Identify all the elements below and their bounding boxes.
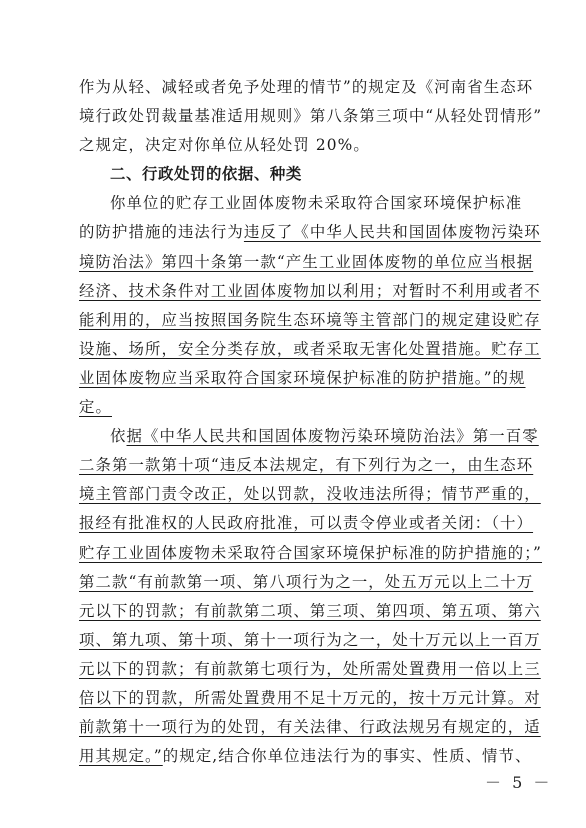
underlined-citation: 用其规定。” xyxy=(79,747,163,765)
underlined-citation: 二条第一款第十项“违反本法规定，有下列行为之一，由生态环 xyxy=(79,456,533,474)
underlined-citation: 据《中华人民共和国固体废物污染环境防治法》第一百零 xyxy=(127,427,539,445)
paragraph-line: 报经有批准权的人民政府批准，可以责令停业或者关闭：（十） xyxy=(79,509,513,538)
underlined-citation: 经济、技术条件对工业固体废物加以利用；对暂时不利用或者不 xyxy=(79,282,541,300)
paragraph-line: 之规定，决定对你单位从轻处罚 20%。 xyxy=(79,131,513,160)
underlined-citation: 前款第十一项行为的处罚，有关法律、行政法规另有规定的，适 xyxy=(79,718,541,736)
paragraph-line: 用其规定。”的规定,结合你单位违法行为的事实、性质、情节、 xyxy=(79,742,513,771)
paragraph-line: 依据《中华人民共和国固体废物污染环境防治法》第一百零 xyxy=(79,422,513,451)
underlined-citation: 贮存工业固体废物未采取符合国家环境保护标准的防护措施的；” xyxy=(79,544,542,562)
section-heading: 二、行政处罚的依据、种类 xyxy=(79,160,513,189)
underlined-citation: 能利用的，应当按照国务院生态环境等主管部门的规定建设贮存 xyxy=(79,311,541,329)
paragraph-line: 业固体废物应当采取符合国家环境保护标准的防护措施。”的规 xyxy=(79,364,513,393)
underlined-citation: 报经有批准权的人民政府批准，可以责令停业或者关闭：（十） xyxy=(79,514,533,532)
paragraph-line: 前款第十一项行为的处罚，有关法律、行政法规另有规定的，适 xyxy=(79,713,513,742)
paragraph-line: 元以下的罚款；有前款第七项行为，处所需处置费用一倍以上三 xyxy=(79,655,513,684)
underlined-citation: 设施、场所，安全分类存放，或者采取无害化处置措施。贮存工 xyxy=(79,340,541,358)
paragraph-line: 你单位的贮存工业固体废物未采取符合国家环境保护标准 xyxy=(79,189,513,218)
paragraph-line: 的防护措施的违法行为违反了《中华人民共和国固体废物污染环 xyxy=(79,218,513,247)
document-page: 作为从轻、减轻或者免予处理的情节”的规定及《河南省生态环 境行政处罚裁量基准适用… xyxy=(0,0,586,828)
paragraph-line: 境行政处罚裁量基准适用规则》第八条第三项中“从轻处罚情形” xyxy=(79,102,513,131)
paragraph-line: 定。 xyxy=(79,393,513,422)
underlined-citation: 境防治法》第四十条第一款“产生工业固体废物的单位应当根据 xyxy=(79,253,533,271)
underlined-citation: 倍以下的罚款，所需处置费用不足十万元的，按十万元计算。对 xyxy=(79,689,541,707)
underlined-citation: 违反了《中华人民共和国固体废物污染环 xyxy=(244,223,541,241)
page-number: － 5 － xyxy=(485,770,552,793)
paragraph-line: 作为从轻、减轻或者免予处理的情节”的规定及《河南省生态环 xyxy=(79,73,513,102)
paragraph-line: 境主管部门责令改正，处以罚款，没收违法所得；情节严重的， xyxy=(79,480,513,509)
paragraph-line: 贮存工业固体废物未采取符合国家环境保护标准的防护措施的；” xyxy=(79,539,513,568)
paragraph-line: 倍以下的罚款，所需处置费用不足十万元的，按十万元计算。对 xyxy=(79,684,513,713)
underlined-citation: 元以下的罚款；有前款第二项、第三项、第四项、第五项、第六 xyxy=(79,602,541,620)
underlined-citation: 定。 xyxy=(79,398,112,416)
paragraph-line: 经济、技术条件对工业固体废物加以利用；对暂时不利用或者不 xyxy=(79,277,513,306)
underlined-citation: 元以下的罚款；有前款第七项行为，处所需处置费用一倍以上三 xyxy=(79,660,541,678)
paragraph-line: 二条第一款第十项“违反本法规定，有下列行为之一，由生态环 xyxy=(79,451,513,480)
paragraph-line: 元以下的罚款；有前款第二项、第三项、第四项、第五项、第六 xyxy=(79,597,513,626)
paragraph-line: 境防治法》第四十条第一款“产生工业固体废物的单位应当根据 xyxy=(79,248,513,277)
underlined-citation: 业固体废物应当采取符合国家环境保护标准的防护措施。”的规 xyxy=(79,369,526,387)
paragraph-line: 项、第九项、第十项、第十一项行为之一，处十万元以上一百万 xyxy=(79,626,513,655)
paragraph-line: 第二款“有前款第一项、第八项行为之一，处五万元以上二十万 xyxy=(79,568,513,597)
underlined-citation: 第二款“有前款第一项、第八项行为之一，处五万元以上二十万 xyxy=(79,573,533,591)
document-body: 作为从轻、减轻或者免予处理的情节”的规定及《河南省生态环 境行政处罚裁量基准适用… xyxy=(79,73,513,771)
paragraph-line: 设施、场所，安全分类存放，或者采取无害化处置措施。贮存工 xyxy=(79,335,513,364)
paragraph-line: 能利用的，应当按照国务院生态环境等主管部门的规定建设贮存 xyxy=(79,306,513,335)
underlined-citation: 项、第九项、第十项、第十一项行为之一，处十万元以上一百万 xyxy=(79,631,541,649)
underlined-citation: 境主管部门责令改正，处以罚款，没收违法所得；情节严重的， xyxy=(79,485,541,503)
